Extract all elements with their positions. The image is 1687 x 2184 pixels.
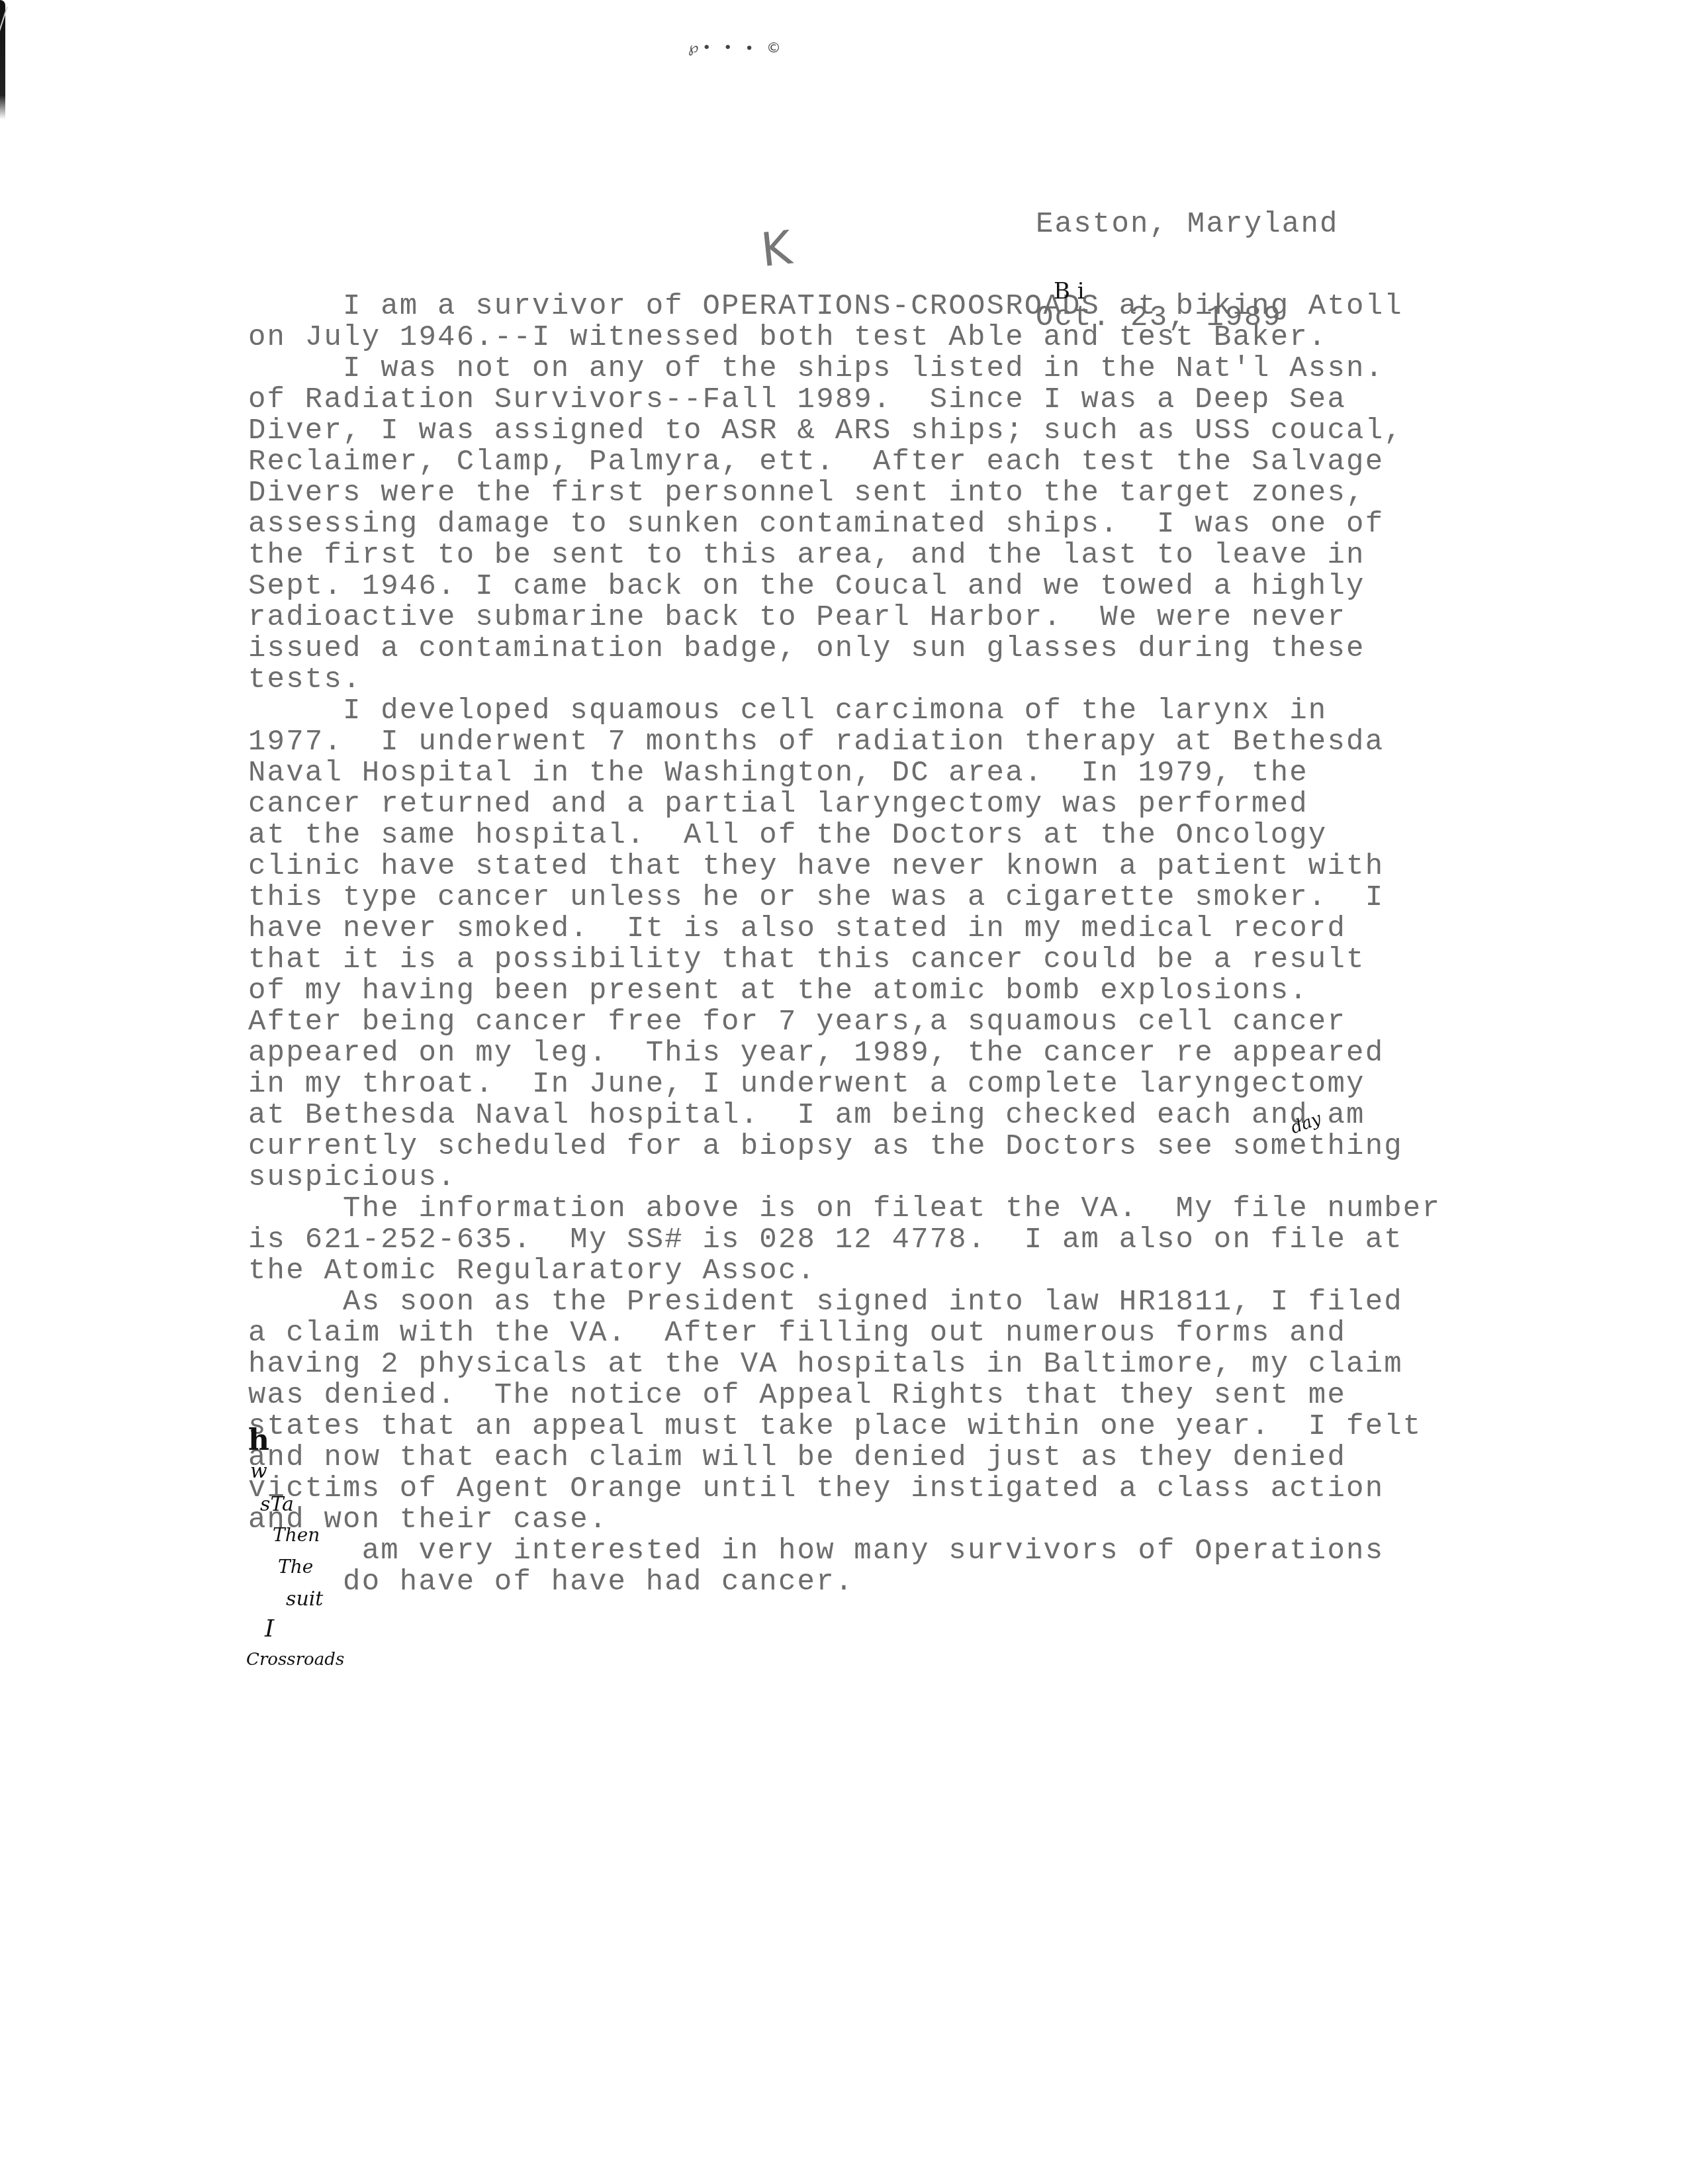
- typed-line: at Bethesda Naval hospital. I am being c…: [248, 1100, 1441, 1131]
- typed-line: at the same hospital. All of the Doctors…: [248, 820, 1441, 851]
- typed-line: I am a survivor of OPERATIONS-CROOSROADS…: [248, 291, 1441, 322]
- letter-body: I am a survivor of OPERATIONS-CROOSROADS…: [248, 291, 1441, 1598]
- margin-check-mark: K: [758, 220, 794, 277]
- typed-line: and now that each claim will be denied j…: [248, 1443, 1441, 1474]
- typed-line: Diver, I was assigned to ASR & ARS ships…: [248, 416, 1441, 447]
- typed-line: assessing damage to sunken contaminated …: [248, 509, 1441, 540]
- typed-line: suspicious.: [248, 1163, 1441, 1194]
- top-mark: ℘• • ∙ ©: [688, 40, 785, 56]
- handwritten-bikini-correction: B i: [1054, 278, 1085, 305]
- typed-line: do have of have had cancer.: [248, 1567, 1441, 1598]
- handwritten-margin-suit: suit: [286, 1588, 323, 1611]
- typed-line: 1977. I underwent 7 months of radiation …: [248, 727, 1441, 758]
- typed-line: and won their case.: [248, 1505, 1441, 1536]
- typed-line: tests.: [248, 665, 1441, 696]
- typed-line: appeared on my leg. This year, 1989, the…: [248, 1038, 1441, 1069]
- typed-line: clinic have stated that they have never …: [248, 851, 1441, 882]
- typed-line: of my having been present at the atomic …: [248, 976, 1441, 1007]
- typed-line: radioactive submarine back to Pearl Harb…: [248, 602, 1441, 634]
- typed-line: am very interested in how many survivors…: [248, 1536, 1441, 1567]
- handwritten-margin-the: The: [278, 1556, 313, 1578]
- typed-line: Divers were the first personnel sent int…: [248, 478, 1441, 509]
- typed-line: states that an appeal must take place wi…: [248, 1411, 1441, 1443]
- typed-line: Naval Hospital in the Washington, DC are…: [248, 758, 1441, 789]
- typed-line: the first to be sent to this area, and t…: [248, 540, 1441, 571]
- typed-line: I was not on any of the ships listed in …: [248, 354, 1441, 385]
- typed-line: the Atomic Regularatory Assoc.: [248, 1256, 1441, 1287]
- typed-line: Reclaimer, Clamp, Palmyra, ett. After ea…: [248, 447, 1441, 478]
- typed-line: that it is a possibility that this cance…: [248, 945, 1441, 976]
- handwritten-margin-states: sTa: [260, 1493, 294, 1516]
- typed-line: The information above is on fileat the V…: [248, 1194, 1441, 1225]
- handwritten-margin-i: I: [265, 1615, 274, 1642]
- typed-line: I developed squamous cell carcimona of t…: [248, 696, 1441, 727]
- handwritten-margin-having: h: [248, 1423, 269, 1457]
- typed-line: on July 1946.--I witnessed both test Abl…: [248, 322, 1441, 354]
- typed-line: a claim with the VA. After filling out n…: [248, 1318, 1441, 1349]
- handwritten-margin-was: w: [250, 1460, 267, 1483]
- typed-line: issued a contamination badge, only sun g…: [248, 634, 1441, 665]
- typed-line: have never smoked. It is also stated in …: [248, 914, 1441, 945]
- typed-line: was denied. The notice of Appeal Rights …: [248, 1380, 1441, 1411]
- handwritten-margin-crossroads: Crossroads: [246, 1650, 344, 1670]
- typed-line: having 2 physicals at the VA hospitals i…: [248, 1349, 1441, 1380]
- typed-line: After being cancer free for 7 years,a sq…: [248, 1007, 1441, 1038]
- typed-line: of Radiation Survivors--Fall 1989. Since…: [248, 385, 1441, 416]
- header-location: Easton, Maryland: [1036, 209, 1339, 240]
- typed-line: currently scheduled for a biopsy as the …: [248, 1131, 1441, 1163]
- typed-line: this type cancer unless he or she was a …: [248, 882, 1441, 914]
- typed-line: Sept. 1946. I came back on the Coucal an…: [248, 571, 1441, 602]
- typed-line: victims of Agent Orange until they insti…: [248, 1474, 1441, 1505]
- typed-line: in my throat. In June, I underwent a com…: [248, 1069, 1441, 1100]
- typed-line: is 621-252-635. My SS# is 028 12 4778. I…: [248, 1225, 1441, 1256]
- typed-line: As soon as the President signed into law…: [248, 1287, 1441, 1318]
- handwritten-margin-then: Then: [273, 1524, 320, 1546]
- typed-line: cancer returned and a partial laryngecto…: [248, 789, 1441, 820]
